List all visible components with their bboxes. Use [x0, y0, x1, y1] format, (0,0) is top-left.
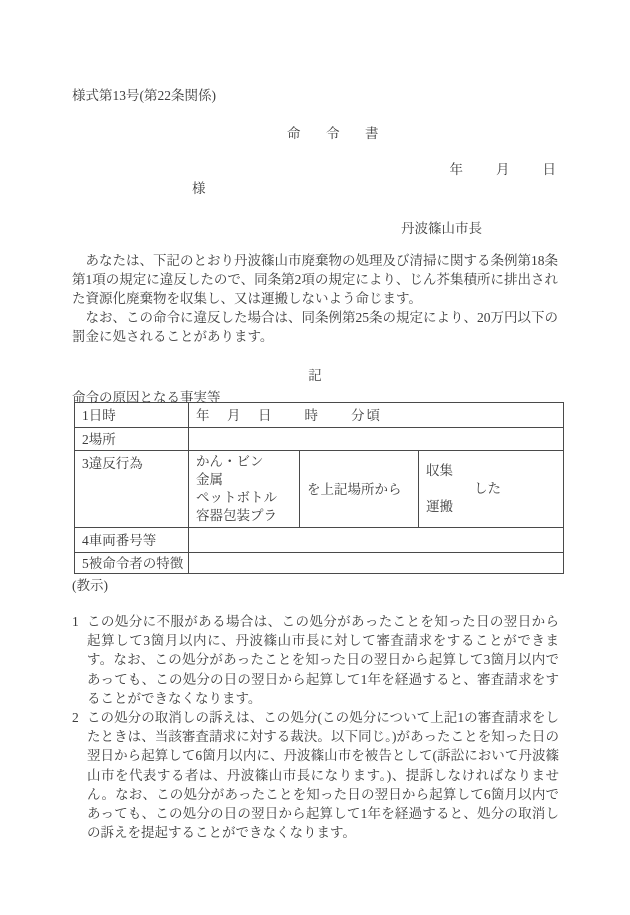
row-label-vehicle-number: 4車両番号等	[75, 528, 189, 553]
table-row-violation: 3違反行為 かん・ビン 金属 ペットボトル 容器包装プラ を上記場所から 収集 …	[75, 451, 564, 528]
table-row-place: 2場所	[75, 428, 564, 451]
appeal-note-2: 2 この処分の取消しの訴えは、この処分(この処分について上記1の審査請求をしたと…	[72, 708, 559, 842]
order-paragraph-1: あなたは、下記のとおり丹波篠山市廃棄物の処理及び清掃に関する条例第18条第1項の…	[72, 251, 558, 308]
document-title: 命 令 書	[287, 124, 385, 143]
row-value-orderee-features	[189, 553, 564, 574]
table-row-datetime: 1日時 年 月 日 時 分頃	[75, 403, 564, 428]
violation-item-pet-bottles: ペットボトル	[196, 489, 299, 507]
row-value-datetime: 年 月 日 時 分頃	[189, 403, 564, 428]
violation-item-container-plastic: 容器包装プラ	[196, 507, 299, 525]
row-label-place: 2場所	[75, 428, 189, 451]
table-row-vehicle-number: 4車両番号等	[75, 528, 564, 553]
action-transport: 運搬	[426, 498, 563, 516]
violation-item-metal: 金属	[196, 471, 299, 489]
action-done: した	[426, 480, 563, 498]
order-body: あなたは、下記のとおり丹波篠山市廃棄物の処理及び清掃に関する条例第18条第1項の…	[72, 251, 558, 346]
note-1-number: 1	[72, 612, 87, 708]
row-label-violation: 3違反行為	[75, 451, 189, 528]
instruction-section-label: (教示)	[72, 576, 108, 595]
note-1-text: この処分に不服がある場合は、この処分があったことを知った日の翌日から起算して3箇…	[87, 612, 559, 708]
addressee-honorific: 様	[192, 179, 206, 198]
order-paragraph-2: なお、この命令に違反した場合は、同条例第25条の規定により、20万円以下の罰金に…	[72, 308, 558, 346]
violation-item-cans-bottles: かん・ビン	[196, 453, 299, 471]
form-number: 様式第13号(第22条関係)	[72, 86, 216, 105]
issue-date-line: 年 月 日	[72, 160, 558, 179]
issuer-name: 丹波篠山市長	[401, 219, 482, 238]
violation-from-cell: を上記場所から	[300, 451, 419, 528]
appeal-note-1: 1 この処分に不服がある場合は、この処分があったことを知った日の翌日から起算して…	[72, 612, 559, 708]
row-value-place	[189, 428, 564, 451]
row-label-datetime: 1日時	[75, 403, 189, 428]
ki-marker: 記	[0, 366, 630, 385]
action-collect: 収集	[426, 462, 563, 480]
appeal-notes: 1 この処分に不服がある場合は、この処分があったことを知った日の翌日から起算して…	[72, 612, 559, 842]
facts-table: 1日時 年 月 日 時 分頃 2場所 3違反行為 かん・ビン 金属 ペットボトル…	[74, 402, 564, 574]
note-2-number: 2	[72, 708, 87, 842]
violation-action-cell: 収集 した 運搬	[419, 451, 564, 528]
row-value-vehicle-number	[189, 528, 564, 553]
table-row-orderee-features: 5被命令者の特徴	[75, 553, 564, 574]
order-document-page: 様式第13号(第22条関係) 命 令 書 年 月 日 様 丹波篠山市長 あなたは…	[0, 0, 630, 915]
note-2-text: この処分の取消しの訴えは、この処分(この処分について上記1の審査請求をしたときは…	[87, 708, 559, 842]
violation-items-cell: かん・ビン 金属 ペットボトル 容器包装プラ	[189, 451, 300, 528]
row-label-orderee-features: 5被命令者の特徴	[75, 553, 189, 574]
